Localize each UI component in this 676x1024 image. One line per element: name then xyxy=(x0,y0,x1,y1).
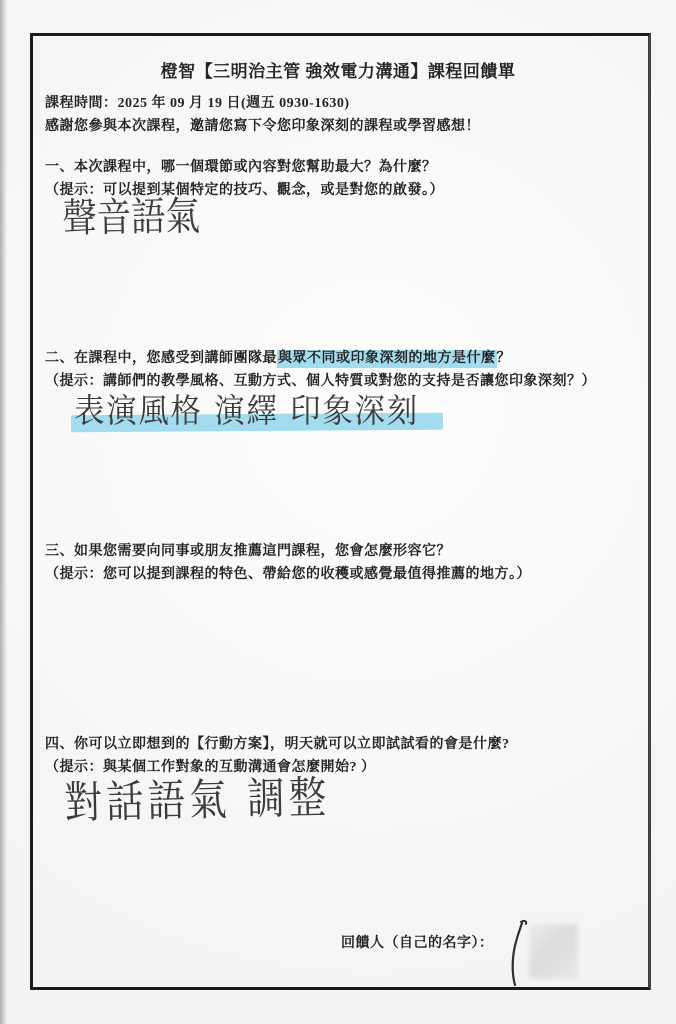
form-title: 橙智【三明治主管 強效電力溝通】課程回饋單 xyxy=(0,57,676,82)
course-time: 課程時間：2025 年 09 月 19 日(週五 0930-1630) xyxy=(45,96,350,113)
signature-redaction-blur xyxy=(529,924,578,979)
question-2-title-highlight: 與眾不同或印象深刻的地方是什麼 xyxy=(277,350,497,368)
handwritten-answer-4: 對話語氣 調整 xyxy=(64,776,331,826)
question-4-title: 四、你可以立即想到的【行動方案】，明天就可以立即試試看的會是什麼? xyxy=(45,737,510,754)
question-3-hint: （提示：您可以提到課程的特色、帶給您的收穫或感覺最值得推薦的地方。） xyxy=(45,567,531,584)
intro-text: 感謝您參與本次課程，邀請您寫下令您印象深刻的課程或學習感想！ xyxy=(45,119,480,136)
scanned-form-page: 橙智【三明治主管 強效電力溝通】課程回饋單 課程時間：2025 年 09 月 1… xyxy=(0,0,676,1024)
question-3-title: 三、如果您需要向同事或朋友推薦這門課程，您會怎麼形容它？ xyxy=(45,544,451,561)
handwritten-answer-1: 聲音語氣 xyxy=(62,197,200,239)
question-2-title-suffix: ？ xyxy=(497,351,512,366)
question-1-title: 一、本次課程中，哪一個環節或內容對您幫助最大？為什麼？ xyxy=(45,160,437,177)
signature-label: 回饋人（自己的名字）： xyxy=(341,936,494,953)
handwritten-answer-2: 表演風格 演繹 印象深刻 xyxy=(74,394,419,427)
question-2-title-prefix: 二、在課程中，您感受到講師團隊最 xyxy=(45,351,277,366)
question-2-title: 二、在課程中，您感受到講師團隊最與眾不同或印象深刻的地方是什麼？ xyxy=(45,351,511,368)
question-2-hint: （提示：講師們的教學風格、互動方式、個人特質或對您的支持是否讓您印象深刻？） xyxy=(45,374,596,391)
